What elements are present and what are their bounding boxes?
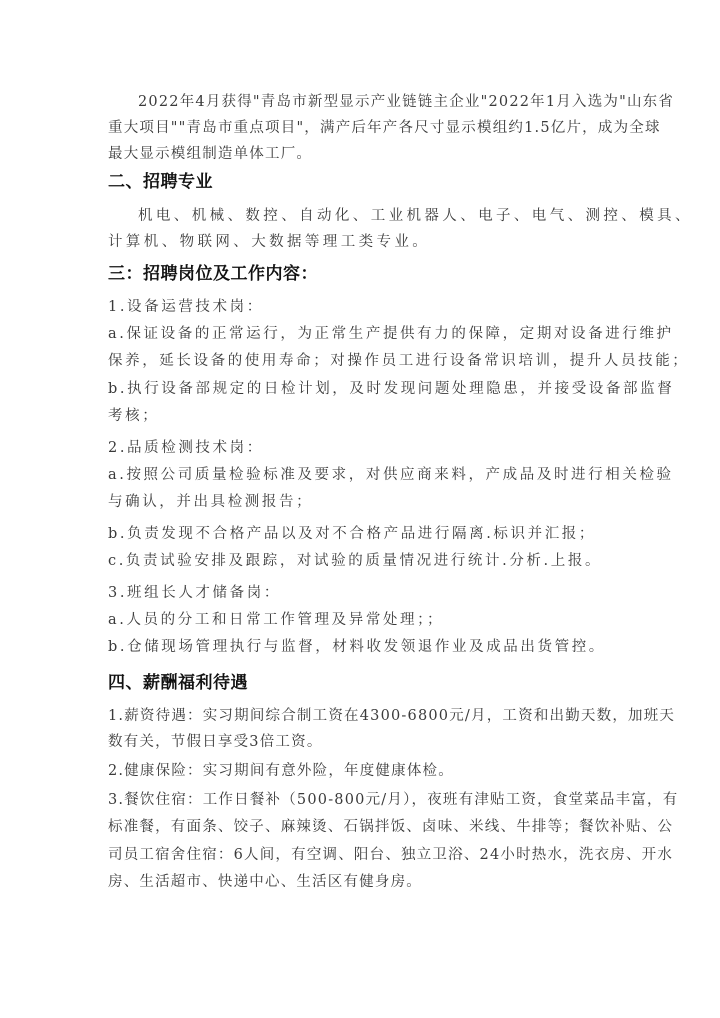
benefit-line: 房、生活超市、快递中心、生活区有健身房。 (108, 872, 632, 892)
position-line: 保养，延长设备的使用寿命；对操作员工进行设备常识培训，提升人员技能； (108, 351, 632, 371)
majors-line-1: 机电、机械、数控、自动化、工业机器人、电子、电气、测控、模具、 (108, 206, 662, 226)
benefit-line: 1.薪资待遇：实习期间综合制工资在4300-6800元/月，工资和出勤天数，加班… (108, 706, 632, 726)
intro-line-3: 最大显示模组制造单体工厂。 (108, 144, 632, 164)
intro-line-2: 重大项目""青岛市重点项目"，满产后年产各尺寸显示模组约1.5亿片，成为全球 (108, 118, 632, 138)
benefit-line: 数有关，节假日享受3倍工资。 (108, 732, 632, 752)
position-line: c.负责试验安排及跟踪，对试验的质量情况进行统计.分析.上报。 (108, 551, 632, 571)
section-heading-benefits: 四、薪酬福利待遇 (108, 672, 248, 694)
majors-line-2: 计算机、物联网、大数据等理工类专业。 (108, 232, 632, 252)
position-line: 与确认，并出具检测报告； (108, 492, 632, 512)
position-line: 1.设备运营技术岗： (108, 297, 632, 317)
benefit-line: 3.餐饮住宿：工作日餐补（500-800元/月），夜班有津贴工资，食堂菜品丰富，… (108, 790, 632, 810)
position-line: a.保证设备的正常运行，为正常生产提供有力的保障，定期对设备进行维护 (108, 324, 632, 344)
benefit-line: 标准餐，有面条、饺子、麻辣烫、石锅拌饭、卤味、米线、牛排等；餐饮补贴、公 (108, 817, 632, 837)
position-line: b.负责发现不合格产品以及对不合格产品进行隔离.标识并汇报； (108, 524, 632, 544)
section-heading-positions: 三：招聘岗位及工作内容： (108, 263, 318, 285)
position-line: a.按照公司质量检验标准及要求，对供应商来料，产成品及时进行相关检验 (108, 465, 632, 485)
position-line: 考核； (108, 406, 632, 426)
document-page: 2022年4月获得"青岛市新型显示产业链链主企业"2022年1月入选为"山东省 … (0, 0, 720, 1018)
position-line: 3.班组长人才储备岗： (108, 583, 632, 603)
position-line: b.仓储现场管理执行与监督，材料收发领退作业及成品出货管控。 (108, 637, 632, 657)
benefit-line: 司员工宿舍住宿：6人间，有空调、阳台、独立卫浴、24小时热水，洗衣房、开水 (108, 845, 632, 865)
intro-line-1: 2022年4月获得"青岛市新型显示产业链链主企业"2022年1月入选为"山东省 (108, 92, 662, 112)
position-line: a.人员的分工和日常工作管理及异常处理；； (108, 610, 632, 630)
benefit-line: 2.健康保险：实习期间有意外险，年度健康体检。 (108, 761, 632, 781)
position-line: 2.品质检测技术岗： (108, 438, 632, 458)
section-heading-majors: 二、招聘专业 (108, 171, 213, 193)
position-line: b.执行设备部规定的日检计划，及时发现问题处理隐患，并接受设备部监督 (108, 379, 632, 399)
